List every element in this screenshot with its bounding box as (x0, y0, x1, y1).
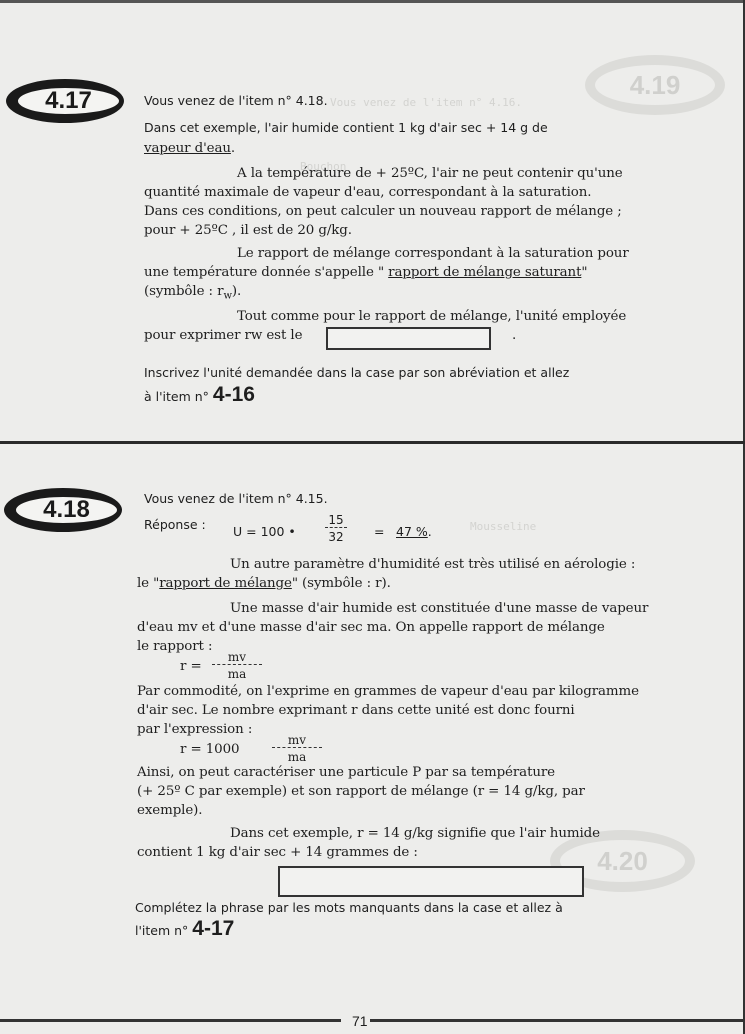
paragraph-line: pour + 25ºC , il est de 20 g/kg. (144, 223, 352, 238)
paragraph-line: Un autre paramètre d'humidité est très u… (230, 557, 635, 572)
fraction-denominator: 32 (325, 530, 347, 544)
footer-rule-right (370, 1019, 745, 1022)
ghost-text: Mousseline (470, 520, 536, 533)
page-number: 71 (352, 1013, 368, 1029)
paragraph-line: Le rapport de mélange correspondant à la… (237, 246, 629, 261)
item-badge-4-18: 4.18 (4, 488, 122, 532)
paragraph-line: exemple). (137, 803, 202, 818)
paragraph-line: par l'expression : (137, 722, 252, 737)
paragraph-line: (+ 25º C par exemple) et son rapport de … (137, 784, 585, 799)
paragraph-line: le "rapport de mélange" (symbôle : r). (137, 576, 391, 591)
equation-numerator: mv (212, 650, 262, 665)
paragraph-line: A la température de + 25ºC, l'air ne peu… (237, 166, 623, 181)
formula-equals: = (374, 524, 384, 539)
underlined-term: rapport de mélange saturant (388, 265, 581, 280)
paragraph-line: le rapport : (137, 639, 212, 654)
ghost-text: Vous venez de l'item n° 4.16. (330, 96, 522, 109)
equation-denominator: ma (272, 750, 322, 764)
goto-item-link[interactable]: 4-17 (192, 917, 234, 940)
underlined-term: vapeur d'eau (144, 141, 231, 156)
formula-lhs: U = 100 • (233, 524, 296, 539)
item-origin: Vous venez de l'item n° 4.15. (144, 491, 328, 506)
paragraph-line: d'air sec. Le nombre exprimant r dans ce… (137, 703, 575, 718)
equation-lhs: r = 1000 (180, 742, 239, 757)
section-divider (0, 441, 745, 444)
punctuation: . (512, 328, 516, 343)
intro-line: Dans cet exemple, l'air humide contient … (144, 120, 548, 135)
paragraph-line: Dans cet exemple, r = 14 g/kg signifie q… (230, 826, 600, 841)
paragraph-line: une température donnée s'appelle " rappo… (144, 265, 587, 280)
item-badge-4-17: 4.17 (6, 79, 124, 123)
footer-rule-left (0, 1019, 341, 1022)
top-border (0, 0, 745, 3)
answer-box-words[interactable] (278, 866, 584, 897)
ghost-badge-4-19: 4.19 (585, 55, 725, 115)
paragraph-line: (symbôle : rw). (144, 284, 241, 302)
paragraph-line: quantité maximale de vapeur d'eau, corre… (144, 185, 591, 200)
paragraph-line: contient 1 kg d'air sec + 14 grammes de … (137, 845, 418, 860)
paragraph-line: Tout comme pour le rapport de mélange, l… (237, 309, 626, 324)
fraction-numerator: 15 (325, 513, 347, 528)
answer-label: Réponse : (144, 517, 206, 532)
instruction-line: Inscrivez l'unité demandée dans la case … (144, 365, 569, 380)
underlined-term: rapport de mélange (159, 576, 292, 591)
equation-lhs: r = (180, 659, 202, 674)
equation-numerator: mv (272, 733, 322, 748)
paragraph-line: Dans ces conditions, on peut calculer un… (144, 204, 622, 219)
intro-line: vapeur d'eau. (144, 141, 235, 156)
instruction-line: à l'item n° 4-16 (144, 383, 255, 407)
paragraph-line: Une masse d'air humide est constituée d'… (230, 601, 648, 616)
goto-item-link[interactable]: 4-16 (213, 383, 255, 406)
instruction-line: l'item n° 4-17 (135, 917, 234, 941)
item-origin: Vous venez de l'item n° 4.18. (144, 93, 328, 108)
paragraph-line: d'eau mv et d'une masse d'air sec ma. On… (137, 620, 605, 635)
equation-denominator: ma (212, 667, 262, 681)
paragraph-line: Ainsi, on peut caractériser une particul… (137, 765, 555, 780)
answer-box-unit[interactable] (326, 327, 491, 350)
paragraph-line: Par commodité, on l'exprime en grammes d… (137, 684, 639, 699)
paragraph-line: pour exprimer rw est le (144, 328, 302, 343)
formula-result: 47 %. (396, 524, 432, 539)
instruction-line: Complétez la phrase par les mots manquan… (135, 900, 563, 915)
